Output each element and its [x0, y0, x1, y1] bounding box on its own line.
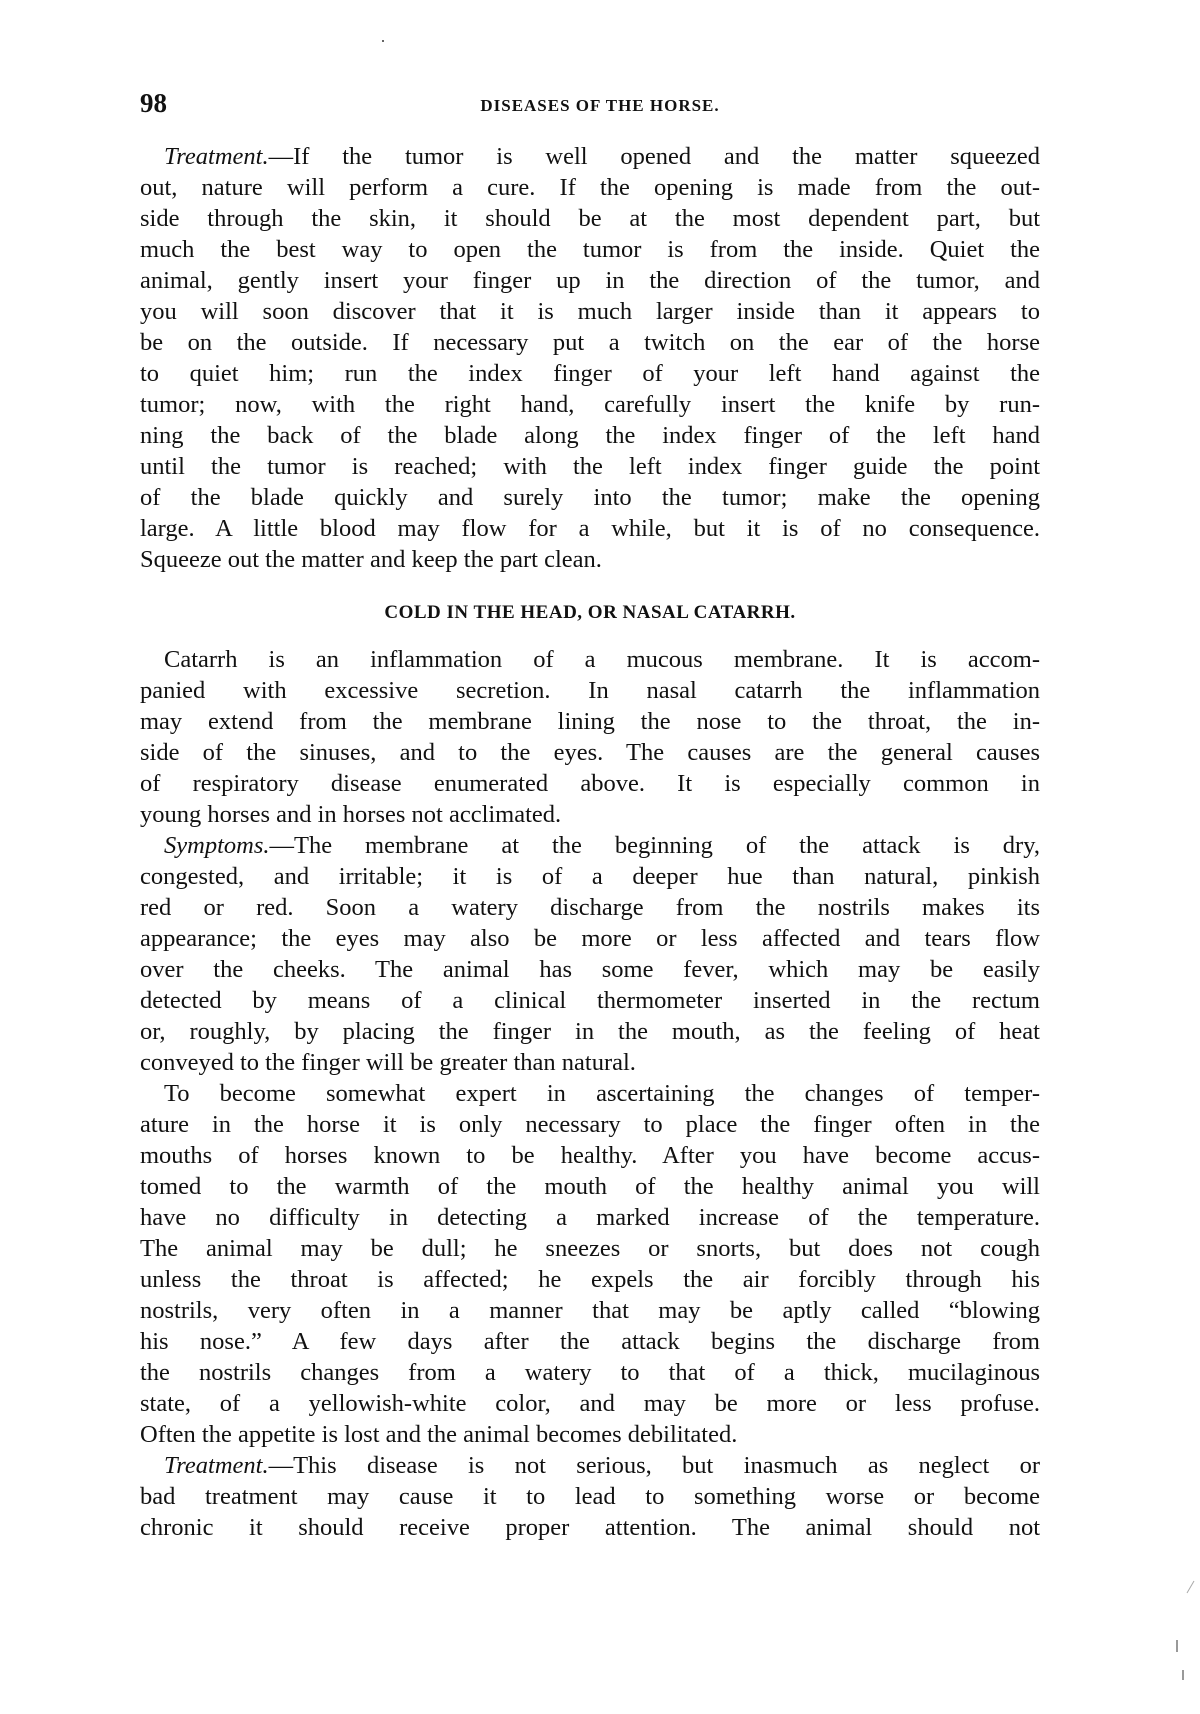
- scan-speck: [1182, 1670, 1184, 1680]
- paragraph-temperature: To become somewhat expert in ascertainin…: [140, 1078, 1040, 1450]
- text-line: The animal may be dull; he sneezes or sn…: [140, 1233, 1040, 1264]
- text-line: bad treatment may cause it to lead to so…: [140, 1481, 1040, 1512]
- text-line: of the blade quickly and surely into the…: [140, 482, 1040, 513]
- text-line: out, nature will perform a cure. If the …: [140, 172, 1040, 203]
- paragraph-symptoms: Symptoms.—The membrane at the beginning …: [140, 830, 1040, 1078]
- text-line: may extend from the membrane lining the …: [140, 706, 1040, 737]
- text-line: appearance; the eyes may also be more or…: [140, 923, 1040, 954]
- text-line: be on the outside. If necessary put a tw…: [140, 327, 1040, 358]
- page-body: Treatment.—If the tumor is well opened a…: [140, 141, 1040, 1543]
- text-line: To become somewhat expert in ascertainin…: [140, 1078, 1040, 1109]
- text-line: ature in the horse it is only necessary …: [140, 1109, 1040, 1140]
- text-line: red or red. Soon a watery discharge from…: [140, 892, 1040, 923]
- text-line: conveyed to the finger will be greater t…: [140, 1047, 1040, 1078]
- text-line: side through the skin, it should be at t…: [140, 203, 1040, 234]
- paragraph-catarrh-treatment: Treatment.—This disease is not serious, …: [140, 1450, 1040, 1543]
- text-line: tomed to the warmth of the mouth of the …: [140, 1171, 1040, 1202]
- text-line: state, of a yellowish-white color, and m…: [140, 1388, 1040, 1419]
- paragraph-catarrh-intro: Catarrh is an inflammation of a mucous m…: [140, 644, 1040, 830]
- text-line: unless the throat is affected; he expels…: [140, 1264, 1040, 1295]
- text-line: chronic it should receive proper attenti…: [140, 1512, 1040, 1543]
- paragraph-tumor-treatment: Treatment.—If the tumor is well opened a…: [140, 141, 1040, 575]
- text-line: Treatment.—This disease is not serious, …: [140, 1450, 1040, 1481]
- text-line: much the best way to open the tumor is f…: [140, 234, 1040, 265]
- text-line: until the tumor is reached; with the lef…: [140, 451, 1040, 482]
- text-line: nostrils, very often in a manner that ma…: [140, 1295, 1040, 1326]
- text-line: tumor; now, with the right hand, careful…: [140, 389, 1040, 420]
- paragraph-lead: Treatment.: [164, 1452, 269, 1479]
- text-line: mouths of horses known to be healthy. Af…: [140, 1140, 1040, 1171]
- text-line: young horses and in horses not acclimate…: [140, 799, 1040, 830]
- text-line: Often the appetite is lost and the anima…: [140, 1419, 1040, 1450]
- text-line: or, roughly, by placing the finger in th…: [140, 1016, 1040, 1047]
- text-line: have no difficulty in detecting a marked…: [140, 1202, 1040, 1233]
- text-line: side of the sinuses, and to the eyes. Th…: [140, 737, 1040, 768]
- paragraph-lead: Treatment.: [164, 143, 269, 170]
- text-line: panied with excessive secretion. In nasa…: [140, 675, 1040, 706]
- text-line: the nostrils changes from a watery to th…: [140, 1357, 1040, 1388]
- text-line: detected by means of a clinical thermome…: [140, 985, 1040, 1016]
- text-line: Catarrh is an inflammation of a mucous m…: [140, 644, 1040, 675]
- text-line: animal, gently insert your finger up in …: [140, 265, 1040, 296]
- text-line: Treatment.—If the tumor is well opened a…: [140, 141, 1040, 172]
- scan-speck: [1176, 1640, 1178, 1652]
- section-heading: COLD IN THE HEAD, OR NASAL CATARRH.: [140, 597, 1040, 628]
- text-line: his nose.” A few days after the attack b…: [140, 1326, 1040, 1357]
- text-line: ning the back of the blade along the ind…: [140, 420, 1040, 451]
- text-line: Squeeze out the matter and keep the part…: [140, 544, 1040, 575]
- text-line: large. A little blood may flow for a whi…: [140, 513, 1040, 544]
- paragraph-lead: Symptoms.: [164, 832, 269, 859]
- book-page: 98 DISEASES OF THE HORSE. Treatment.—If …: [0, 0, 1200, 1714]
- text-line: you will soon discover that it is much l…: [140, 296, 1040, 327]
- running-title: DISEASES OF THE HORSE.: [0, 96, 1200, 116]
- text-line: Symptoms.—The membrane at the beginning …: [140, 830, 1040, 861]
- text-line: to quiet him; run the index finger of yo…: [140, 358, 1040, 389]
- scan-speck: [382, 40, 384, 42]
- text-line: congested, and irritable; it is of a dee…: [140, 861, 1040, 892]
- text-line: of respiratory disease enumerated above.…: [140, 768, 1040, 799]
- text-line: over the cheeks. The animal has some fev…: [140, 954, 1040, 985]
- scan-speck: [1187, 1581, 1195, 1594]
